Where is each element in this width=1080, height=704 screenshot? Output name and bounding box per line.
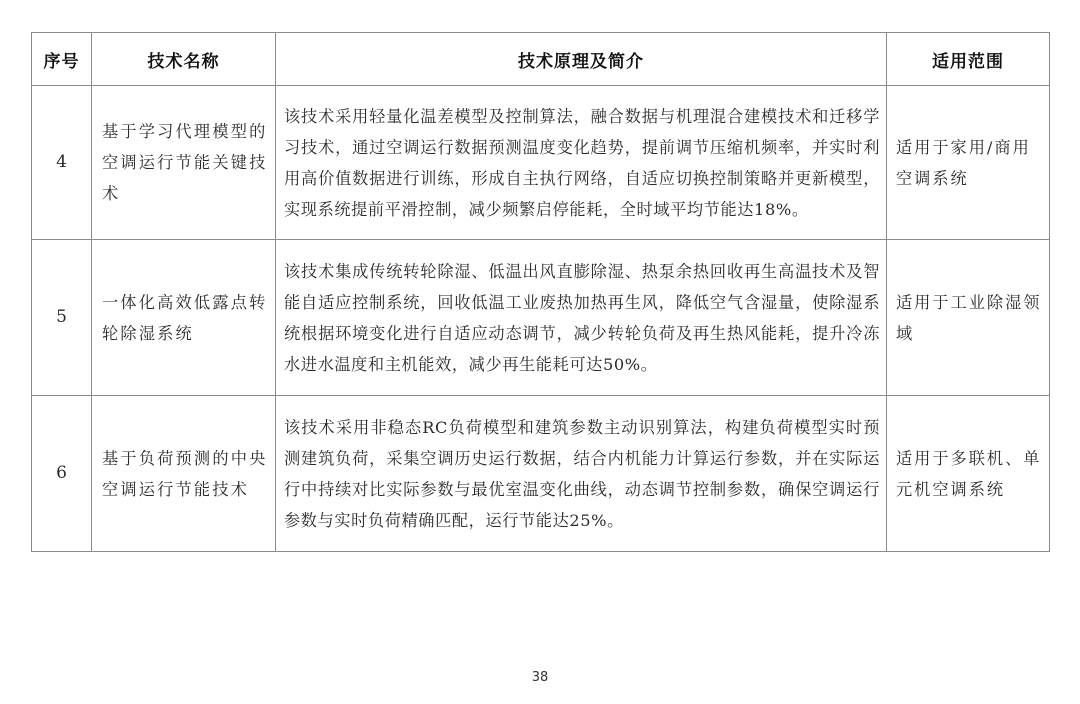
technology-description-cell: 该技术采用非稳态RC负荷模型和建筑参数主动识别算法，构建负荷模型实时预测建筑负荷… [276,396,887,552]
technology-description-cell: 该技术采用轻量化温差模型及控制算法，融合数据与机理混合建模技术和迁移学习技术，通… [276,86,887,240]
serial-number-cell: 5 [32,240,92,396]
header-technology-name: 技术名称 [92,33,276,86]
header-serial-number: 序号 [32,33,92,86]
page-number: 38 [0,670,1080,685]
table-row: 4 基于学习代理模型的空调运行节能关键技术 该技术采用轻量化温差模型及控制算法，… [32,86,1050,240]
table-row: 5 一体化高效低露点转轮除湿系统 该技术集成传统转轮除湿、低温出风直膨除湿、热泵… [32,240,1050,396]
technology-description-cell: 该技术集成传统转轮除湿、低温出风直膨除湿、热泵余热回收再生高温技术及智能自适应控… [276,240,887,396]
technology-name-cell: 基于学习代理模型的空调运行节能关键技术 [92,86,276,240]
applicable-scope-cell: 适用于家用/商用空调系统 [887,86,1050,240]
serial-number-cell: 4 [32,86,92,240]
technology-name-cell: 基于负荷预测的中央空调运行节能技术 [92,396,276,552]
applicable-scope-cell: 适用于多联机、单元机空调系统 [887,396,1050,552]
header-applicable-scope: 适用范围 [887,33,1050,86]
serial-number-cell: 6 [32,396,92,552]
technology-table: 序号 技术名称 技术原理及简介 适用范围 4 基于学习代理模型的空调运行节能关键… [31,32,1050,552]
applicable-scope-cell: 适用于工业除湿领域 [887,240,1050,396]
table-header-row: 序号 技术名称 技术原理及简介 适用范围 [32,33,1050,86]
technology-name-cell: 一体化高效低露点转轮除湿系统 [92,240,276,396]
table-row: 6 基于负荷预测的中央空调运行节能技术 该技术采用非稳态RC负荷模型和建筑参数主… [32,396,1050,552]
header-technology-description: 技术原理及简介 [276,33,887,86]
